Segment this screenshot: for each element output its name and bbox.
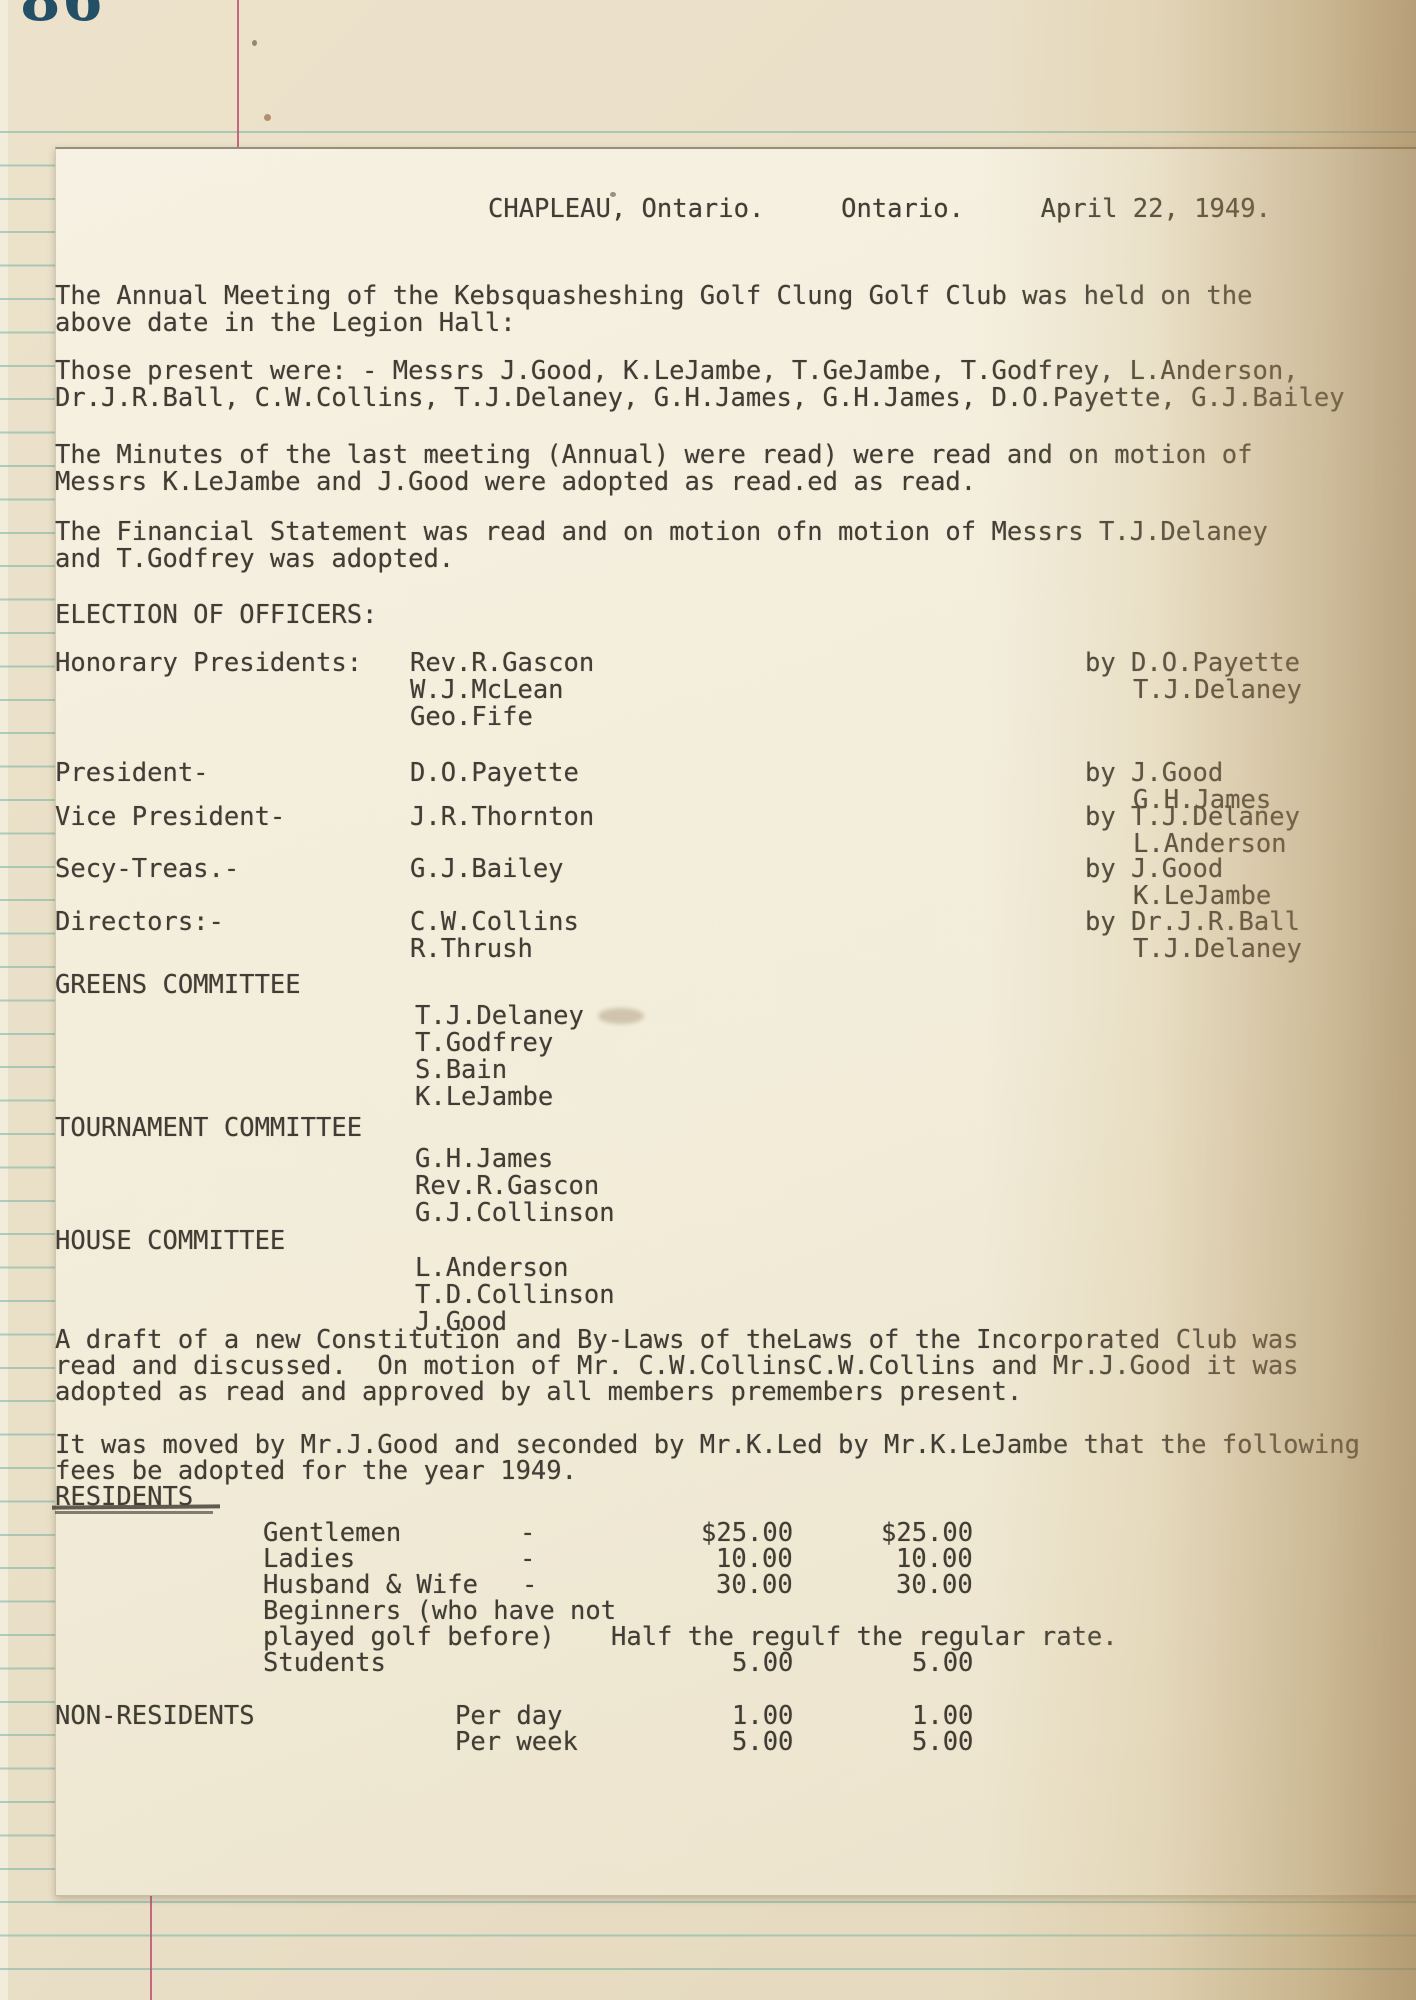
fee-label: Per week <box>455 1729 578 1757</box>
officer-name: C.W.Collins <box>410 909 579 937</box>
committee-member: G.J.Collinson <box>415 1200 615 1228</box>
attendees-line: Dr.J.R.Ball, C.W.Collins, T.J.Delaney, G… <box>55 385 1345 413</box>
minutes-line: The Minutes of the last meeting (Annual)… <box>55 442 1252 470</box>
fee-amount: 5.00 <box>732 1650 793 1678</box>
paper-speck <box>264 114 271 121</box>
fee-amount: 30.00 <box>896 1572 973 1600</box>
committee-member: T.Godfrey <box>415 1030 553 1058</box>
constitution-line: adopted as read and approved by all memb… <box>55 1379 1022 1407</box>
officer-title: Directors:- <box>55 909 224 937</box>
fee-amount: 5.00 <box>912 1729 973 1757</box>
residents-underline <box>55 1511 213 1514</box>
committee-title: GREENS COMMITTEE <box>55 972 301 1000</box>
officer-moved-by: by T.J.Delaney <box>1085 804 1300 832</box>
committee-member: K.LeJambe <box>415 1084 553 1112</box>
officer-moved-by: by J.Good <box>1085 760 1223 788</box>
financial-line: The Financial Statement was read and on … <box>55 519 1268 547</box>
committee-member: T.J.Delaney <box>415 1003 584 1031</box>
officer-title: President- <box>55 760 209 788</box>
paper-speck <box>252 40 257 46</box>
committee-title: TOURNAMENT COMMITTEE <box>55 1115 362 1143</box>
dateline: CHAPLEAU, Ontario. Ontario. April 22, 19… <box>488 196 1271 224</box>
opening-line: above date in the Legion Hall: <box>55 310 516 338</box>
officer-moved-by: by J.Good <box>1085 856 1223 884</box>
officer-moved-by: T.J.Delaney <box>1133 936 1302 964</box>
financial-line: and T.Godfrey was adopted. <box>55 546 454 574</box>
officer-name: Rev.R.Gascon <box>410 650 594 678</box>
margin-line-bottom <box>150 1893 152 2000</box>
officer-moved-by: T.J.Delaney <box>1133 677 1302 705</box>
committee-member: G.H.James <box>415 1146 553 1174</box>
election-heading: ELECTION OF OFFICERS: <box>55 602 377 630</box>
fee-amount: 5.00 <box>732 1729 793 1757</box>
officer-name: Geo.Fife <box>410 704 533 732</box>
ledger-page: 86 CHAPLEAU, Ontario. Ontario. April 22,… <box>0 0 1416 2000</box>
officer-name: D.O.Payette <box>410 760 579 788</box>
officer-moved-by: by D.O.Payette <box>1085 650 1300 678</box>
margin-line-top <box>237 0 239 148</box>
officer-title: Secy-Treas.- <box>55 856 239 884</box>
fee-amount: 30.00 <box>716 1572 793 1600</box>
committee-member: L.Anderson <box>415 1255 569 1283</box>
fee-amount: 5.00 <box>912 1650 973 1678</box>
committee-title: HOUSE COMMITTEE <box>55 1228 285 1256</box>
attendees-line: Those present were: - Messrs J.Good, K.L… <box>55 358 1299 386</box>
opening-line: The Annual Meeting of the Kebsquasheshin… <box>55 283 1252 311</box>
officer-name: J.R.Thornton <box>410 804 594 832</box>
officer-name: W.J.McLean <box>410 677 564 705</box>
page-number: 86 <box>20 0 105 34</box>
fee-note: Half the regulf the regular rate. <box>611 1624 1118 1652</box>
officer-moved-by: by Dr.J.R.Ball <box>1085 909 1300 937</box>
committee-member: Rev.R.Gascon <box>415 1173 599 1201</box>
paper-smudge <box>598 1008 644 1024</box>
non-residents-heading: NON-RESIDENTS <box>55 1703 255 1731</box>
committee-member: S.Bain <box>415 1057 507 1085</box>
fee-label: Students <box>263 1650 386 1678</box>
officer-name: G.J.Bailey <box>410 856 564 884</box>
minutes-line: Messrs K.LeJambe and J.Good were adopted… <box>55 469 976 497</box>
officer-title: Vice President- <box>55 804 285 832</box>
paper-speck <box>610 192 616 197</box>
committee-member: T.D.Collinson <box>415 1282 615 1310</box>
officer-name: R.Thrush <box>410 936 533 964</box>
officer-title: Honorary Presidents: <box>55 650 362 678</box>
